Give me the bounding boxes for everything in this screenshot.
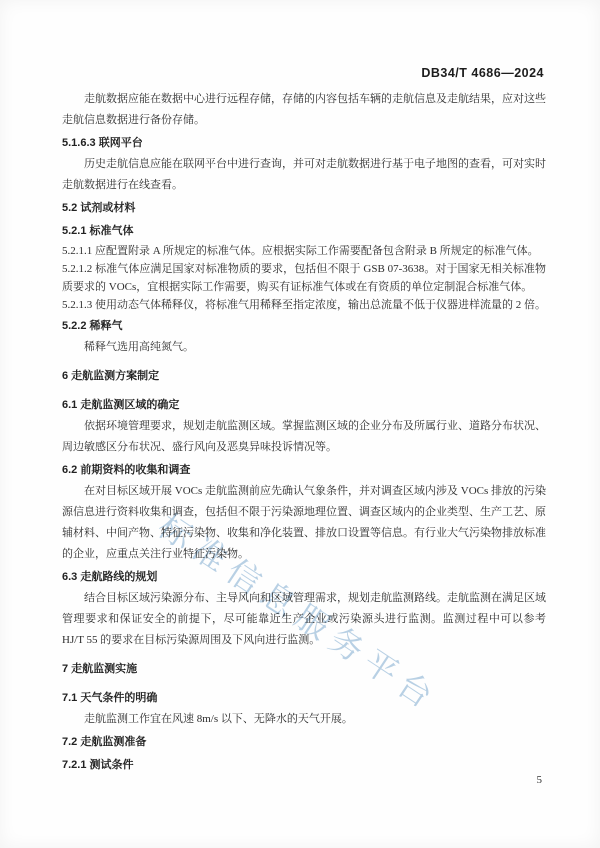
clause-heading: 5.2.2 稀释气 — [62, 316, 546, 337]
body-paragraph: 结合目标区域污染源分布、主导风向和区域管理需求，规划走航监测路线。走航监测在满足… — [62, 588, 546, 651]
body-paragraph: 在对目标区域开展 VOCs 走航监测前应先确认气象条件，并对调查区域内涉及 VO… — [62, 481, 546, 565]
clause-heading: 5.2 试剂或材料 — [62, 198, 546, 219]
body-paragraph: 依据环境管理要求，规划走航监测区域。掌握监测区域的企业分布及所属行业、道路分布状… — [62, 416, 546, 458]
clause-paragraph: 5.2.1.2 标准气体应满足国家对标准物质的要求，包括但不限于 GSB 07-… — [62, 260, 546, 296]
clause-heading: 5.2.1 标准气体 — [62, 221, 546, 242]
clause-paragraph: 5.2.1.3 使用动态气体稀释仪，将标准气用稀释至指定浓度，输出总流量不低于仪… — [62, 296, 546, 314]
clause-heading: 6.2 前期资料的收集和调查 — [62, 460, 546, 481]
clause-heading: 5.1.6.3 联网平台 — [62, 133, 546, 154]
page-number: 5 — [537, 774, 543, 786]
clause-paragraph: 5.2.1.1 应配置附录 A 所规定的标准气体。应根据实际工作需要配备包含附录… — [62, 242, 546, 260]
clause-heading: 6.3 走航路线的规划 — [62, 567, 546, 588]
chapter-heading: 7 走航监测实施 — [62, 659, 546, 680]
clause-heading: 7.2 走航监测准备 — [62, 732, 546, 753]
clause-heading: 6.1 走航监测区域的确定 — [62, 395, 546, 416]
chapter-heading: 6 走航监测方案制定 — [62, 366, 546, 387]
document-body: 走航数据应能在数据中心进行远程存储，存储的内容包括车辆的走航信息及走航结果，应对… — [62, 89, 546, 776]
body-paragraph: 走航数据应能在数据中心进行远程存储，存储的内容包括车辆的走航信息及走航结果，应对… — [62, 89, 546, 131]
document-page: DB34/T 4686—2024 标准信息服务平台 走航数据应能在数据中心进行远… — [0, 0, 600, 848]
clause-heading: 7.1 天气条件的明确 — [62, 688, 546, 709]
body-paragraph: 历史走航信息应能在联网平台中进行查询，并可对走航数据进行基于电子地图的查看，可对… — [62, 154, 546, 196]
clause-heading: 7.2.1 测试条件 — [62, 755, 546, 776]
body-paragraph: 稀释气选用高纯氮气。 — [62, 337, 546, 358]
standard-code: DB34/T 4686—2024 — [421, 66, 544, 80]
body-paragraph: 走航监测工作宜在风速 8m/s 以下、无降水的天气开展。 — [62, 709, 546, 730]
